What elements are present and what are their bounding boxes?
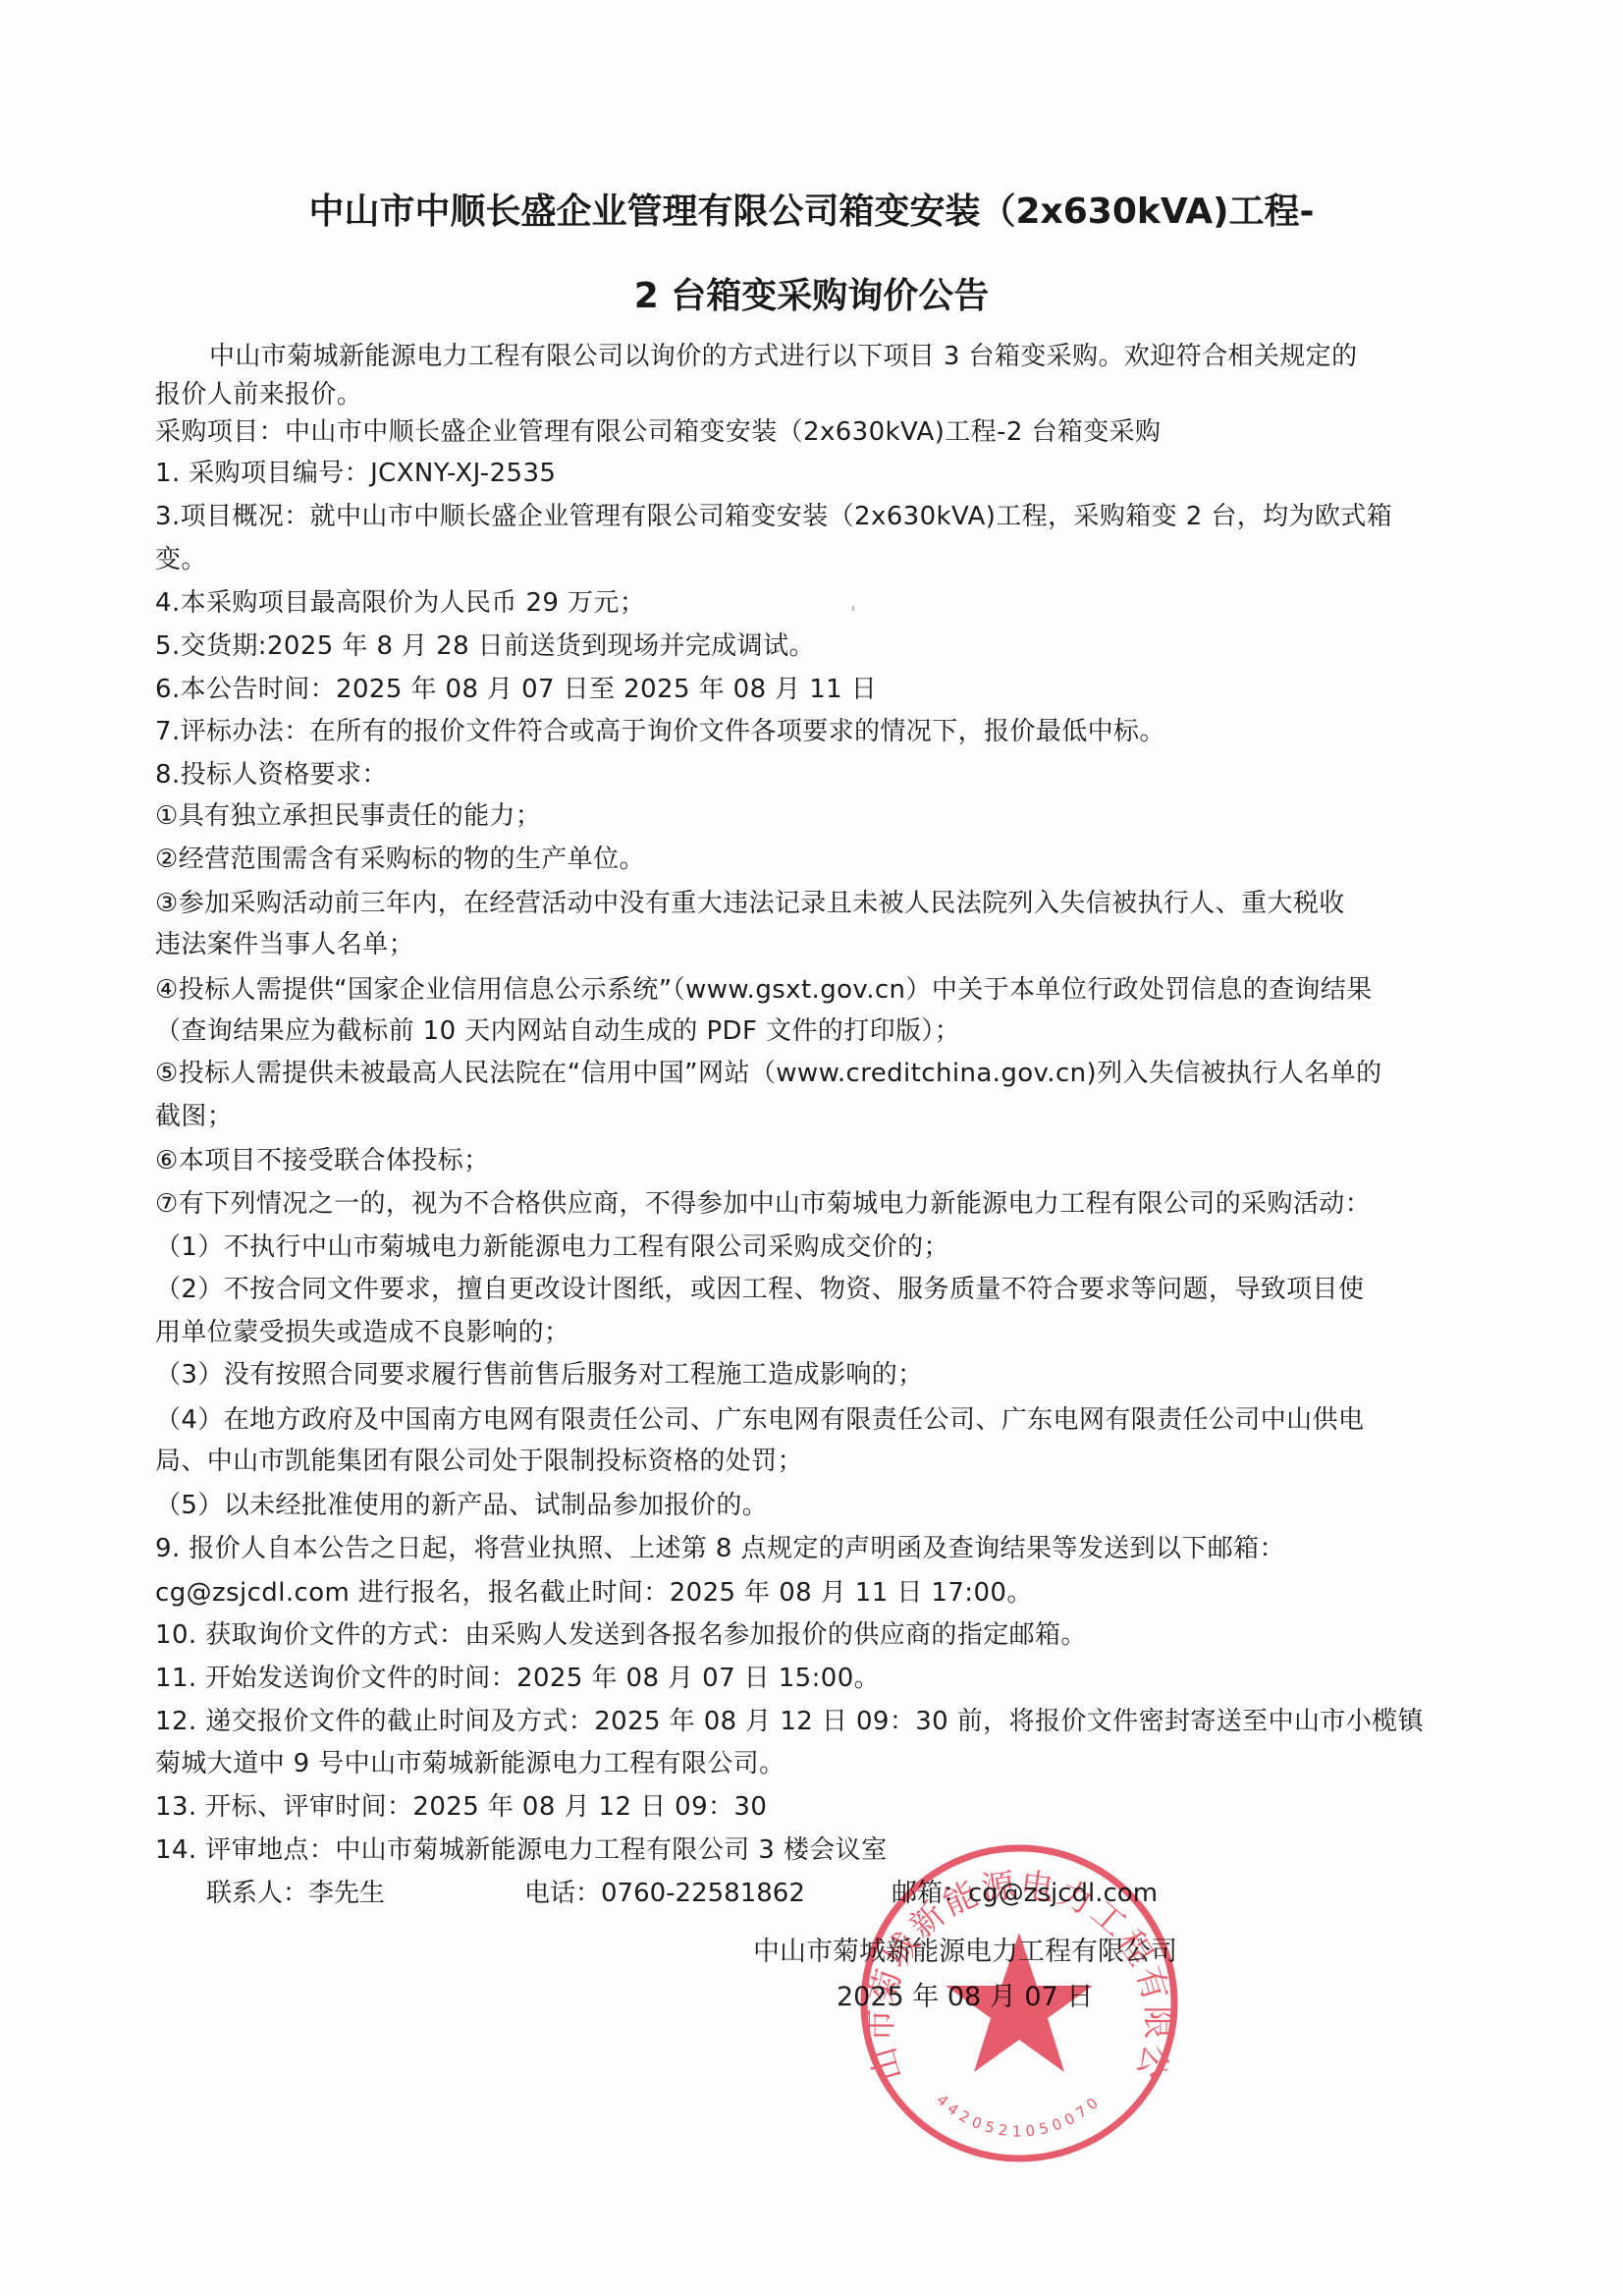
qualification-4-line1: ④投标人需提供“国家企业信用信息公示系统”（www.gsxt.gov.cn）中关… xyxy=(155,975,1468,1005)
item-price-cap: 4.本采购项目最高限价为人民币 29 万元； xyxy=(155,588,1468,618)
qualification-5-line2: 截图； xyxy=(155,1102,1468,1131)
item-project-number: 1. 采购项目编号：JCXNY-XJ-2535 xyxy=(155,459,1468,488)
qualification-2: ②经营范围需含有采购标的物的生产单位。 xyxy=(155,845,1468,874)
intro-paragraph-line2: 报价人前来报价。 xyxy=(155,380,1468,410)
item-send-time: 11. 开始发送询价文件的时间：2025 年 08 月 07 日 15:00。 xyxy=(155,1664,1468,1693)
item-delivery: 5.交货期:2025 年 8 月 28 日前送货到现场并完成调试。 xyxy=(155,631,1468,661)
qualification-3-line1: ③参加采购活动前三年内，在经营活动中没有重大违法记录且未被人民法院列入失信被执行… xyxy=(155,889,1468,918)
item-obtain-documents: 10. 获取询价文件的方式：由采购人发送到各报名参加报价的供应商的指定邮箱。 xyxy=(155,1620,1468,1650)
item-opening-time: 13. 开标、评审时间：2025 年 08 月 12 日 09：30 xyxy=(155,1792,1468,1822)
signoff-date: 2025 年 08 月 07 日 xyxy=(837,1983,1093,2012)
contact-phone: 电话：0760-22581862 xyxy=(524,1879,805,1908)
contact-email: 邮箱：cg@zsjcdl.com xyxy=(892,1879,1158,1908)
signoff-company: 中山市菊城新能源电力工程有限公司 xyxy=(753,1938,1177,1967)
seal-code-text: 4420521050070 xyxy=(933,2091,1105,2140)
item-overview-line2: 变。 xyxy=(155,545,1468,574)
document-title-line1: 中山市中顺长盛企业管理有限公司箱变安装（2x630kVA)工程- xyxy=(0,184,1623,234)
item-notice-period: 6.本公告时间：2025 年 08 月 07 日至 2025 年 08 月 11… xyxy=(155,675,1468,704)
qualification-6: ⑥本项目不接受联合体投标； xyxy=(155,1146,1468,1175)
disqualification-5: （5）以未经批准使用的新产品、试制品参加报价的。 xyxy=(155,1491,1468,1520)
contact-person: 联系人：李先生 xyxy=(206,1879,385,1908)
item-qualifications-heading: 8.投标人资格要求： xyxy=(155,760,1468,790)
item-review-location: 14. 评审地点：中山市菊城新能源电力工程有限公司 3 楼会议室 xyxy=(155,1835,1468,1865)
qualification-7: ⑦有下列情况之一的，视为不合格供应商，不得参加中山市菊城电力新能源电力工程有限公… xyxy=(155,1189,1468,1219)
qualification-5-line1: ⑤投标人需提供未被最高人民法院在“信用中国”网站（www.creditchina… xyxy=(155,1059,1468,1088)
disqualification-2-line2: 用单位蒙受损失或造成不良影响的； xyxy=(155,1318,1468,1347)
item-registration-line1: 9. 报价人自本公告之日起，将营业执照、上述第 8 点规定的声明函及查询结果等发… xyxy=(155,1534,1468,1563)
qualification-3-line2: 违法案件当事人名单； xyxy=(155,930,1468,959)
item-registration-line2: cg@zsjcdl.com 进行报名，报名截止时间：2025 年 08 月 11… xyxy=(155,1578,1468,1608)
intro-paragraph-line1: 中山市菊城新能源电力工程有限公司以询价的方式进行以下项目 3 台箱变采购。欢迎符… xyxy=(209,342,1468,371)
disqualification-4-line1: （4）在地方政府及中国南方电网有限责任公司、广东电网有限责任公司、广东电网有限责… xyxy=(155,1405,1468,1435)
qualification-1: ①具有独立承担民事责任的能力； xyxy=(155,801,1468,831)
disqualification-1: （1）不执行中山市菊城电力新能源电力工程有限公司采购成交价的； xyxy=(155,1232,1468,1262)
procurement-project: 采购项目：中山市中顺长盛企业管理有限公司箱变安装（2x630kVA)工程-2 台… xyxy=(155,417,1468,447)
disqualification-4-line2: 局、中山市凯能集团有限公司处于限制投标资格的处罚； xyxy=(155,1447,1468,1476)
scan-speck xyxy=(852,606,854,611)
disqualification-3: （3）没有按照合同要求履行售前售后服务对工程施工造成影响的； xyxy=(155,1360,1468,1390)
disqualification-2-line1: （2）不按合同文件要求，擅自更改设计图纸，或因工程、物资、服务质量不符合要求等问… xyxy=(155,1275,1468,1304)
item-overview-line1: 3.项目概况：就中山市中顺长盛企业管理有限公司箱变安装（2x630kVA)工程，… xyxy=(155,502,1468,531)
item-evaluation-method: 7.评标办法：在所有的报价文件符合或高于询价文件各项要求的情况下，报价最低中标。 xyxy=(155,717,1468,746)
item-submission-line1: 12. 递交报价文件的截止时间及方式：2025 年 08 月 12 日 09：3… xyxy=(155,1707,1468,1736)
item-submission-line2: 菊城大道中 9 号中山市菊城新能源电力工程有限公司。 xyxy=(155,1749,1468,1778)
document-page: 中山市中顺长盛企业管理有限公司箱变安装（2x630kVA)工程- 2 台箱变采购… xyxy=(0,0,1623,2296)
document-title-line2: 2 台箱变采购询价公告 xyxy=(0,268,1623,318)
qualification-4-line2: （查询结果应为截标前 10 天内网站自动生成的 PDF 文件的打印版）； xyxy=(155,1016,1468,1046)
